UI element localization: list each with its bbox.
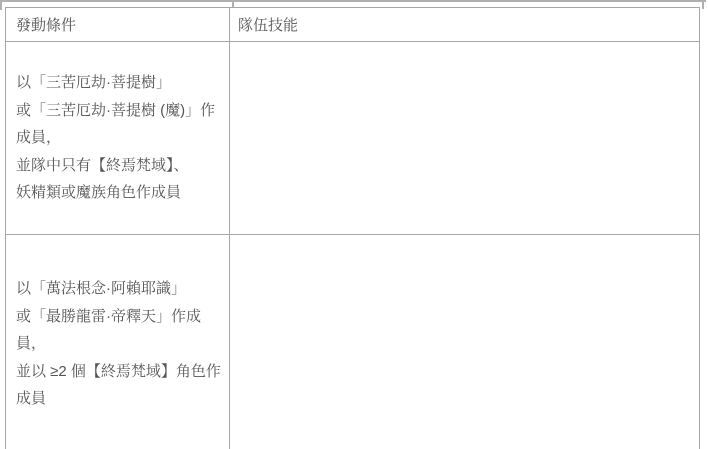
- team-skill-cell: [230, 42, 700, 235]
- condition-line: 以「萬法根念·阿賴耶識」: [16, 275, 225, 303]
- column-header-team-skill: 隊伍技能: [230, 8, 700, 42]
- condition-line: 員，: [16, 330, 225, 358]
- condition-line: 成員，: [16, 124, 225, 152]
- activation-condition-cell: 以「萬法根念·阿賴耶識」或「最勝龍雷·帝釋天」作成員，並以 ≥2 個【終焉梵域】…: [6, 235, 230, 449]
- column-header-activation-condition: 發動條件: [6, 8, 230, 42]
- condition-line: 並隊中只有【終焉梵域】、: [16, 152, 225, 180]
- activation-condition-cell: 以「三苦厄劫·菩提樹」或「三苦厄劫·菩提樹 (魔)」作成員，並隊中只有【終焉梵域…: [6, 42, 230, 235]
- condition-line: 並以 ≥2 個【終焉梵域】角色作: [16, 358, 225, 386]
- condition-line: 以「三苦厄劫·菩提樹」: [16, 69, 225, 97]
- cropped-border-stub-middle: [232, 0, 234, 7]
- cropped-border-stub-left: [0, 0, 2, 10]
- table-body: 以「三苦厄劫·菩提樹」或「三苦厄劫·菩提樹 (魔)」作成員，並隊中只有【終焉梵域…: [6, 42, 700, 449]
- team-skill-cell: [230, 235, 700, 449]
- condition-line: 成員: [16, 385, 225, 413]
- table-row: 以「三苦厄劫·菩提樹」或「三苦厄劫·菩提樹 (魔)」作成員，並隊中只有【終焉梵域…: [6, 42, 700, 235]
- header-row: 發動條件 隊伍技能: [6, 8, 700, 42]
- condition-line: 妖精類或魔族角色作成員: [16, 179, 225, 207]
- condition-line: 或「三苦厄劫·菩提樹 (魔)」作: [16, 97, 225, 125]
- condition-line: 或「最勝龍雷·帝釋天」作成: [16, 303, 225, 331]
- team-skill-table: 發動條件 隊伍技能 以「三苦厄劫·菩提樹」或「三苦厄劫·菩提樹 (魔)」作成員，…: [5, 7, 700, 449]
- table-row: 以「萬法根念·阿賴耶識」或「最勝龍雷·帝釋天」作成員，並以 ≥2 個【終焉梵域】…: [6, 235, 700, 449]
- cropped-border-stub-right: [702, 0, 704, 9]
- cropped-table-above-border: [0, 0, 706, 2]
